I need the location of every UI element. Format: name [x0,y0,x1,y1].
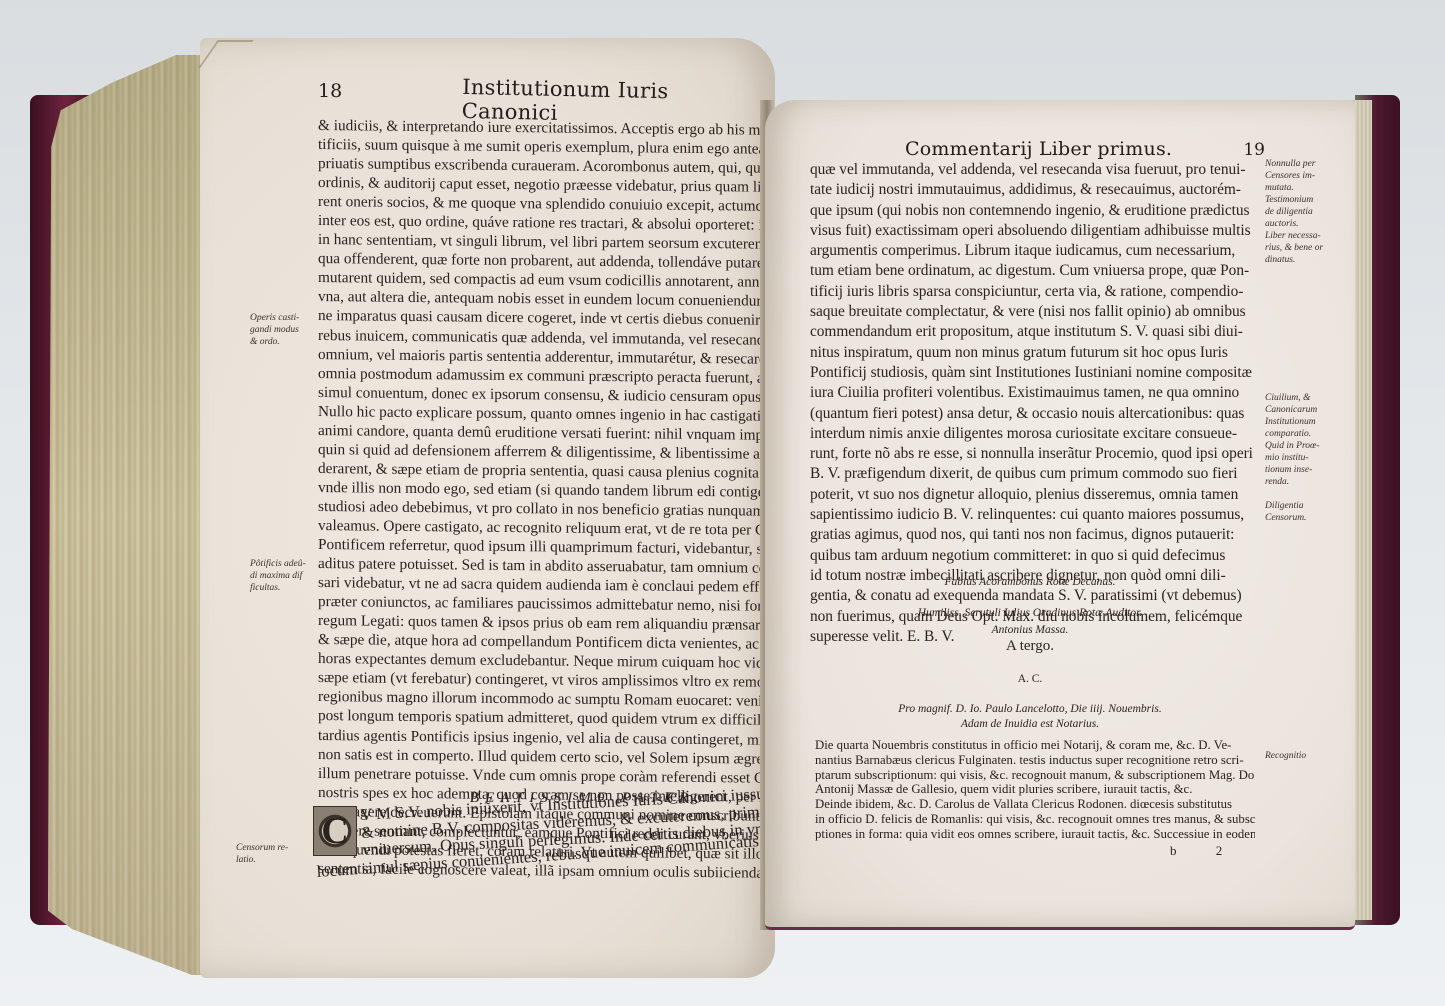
text-line: commendandum erit propositum, atque inst… [810,322,1254,342]
text-line: tificij iuris libris sparsa conspiciuntu… [810,282,1254,302]
left-page-number: 18 [318,80,342,102]
right-margin-note-3: Recognitio [1265,750,1306,762]
text-line: quæ vel immutanda, vel addenda, vel rese… [810,160,1254,180]
signature-decanus: Fabius Acorambonus Rotæ Decanus. [790,572,1270,590]
right-margin-note-1: Nonnulla per Censores im- mutata. Testim… [1265,158,1323,266]
signature-auditor: Humiliss. Serutuli Iulius Oradinus Rotæ … [790,603,1270,621]
text-line: Die quarta Nouembris constitutus in offi… [815,738,1255,753]
ornamental-drop-cap: C [313,806,357,856]
right-running-head: Commentarij Liber primus. 19 [905,138,1265,160]
text-line: tate iudicij nostri immutauimus, addidim… [810,180,1254,200]
text-line: quibus tam arduum negotium committeret: … [810,546,1254,566]
text-line: in officio D. felicis de Romanlis: qui v… [815,812,1255,827]
text-line: argumentis comperimus. Librum itaque iud… [810,241,1254,261]
left-margin-note-2: Pôtificis adeû- di maxima dif ficultas. [250,558,306,594]
right-margin-note-2: Ciuilium, & Canonicarum Institutionum co… [1265,392,1320,524]
text-line: Pontificij studiosis, quàm sint Institut… [810,363,1254,383]
text-line: sapientissimo iudicio B. V. relinquentes… [810,505,1254,525]
notarius-line: Adam de Inuidia est Notarius. [790,714,1270,732]
signature-mark: b 2 [1170,843,1240,859]
text-line: runt, forte nõ abs re esse, si nonnulla … [810,444,1254,464]
text-line: saque breuitate complectatur, & vere (ni… [810,302,1254,322]
ac-heading: A. C. [790,669,1270,687]
text-line: poterit, vt suo nos dignetur alloquio, p… [810,485,1254,505]
text-line: ptarum subscriptionum: qui visis, &c. re… [815,768,1255,783]
right-page-number: 19 [1243,140,1265,160]
signature-massa: Antonius Massa. [790,620,1270,638]
text-line: que ipsum (qui nobis non contemnendo ing… [810,201,1254,221]
left-page-block-edge [48,55,208,975]
text-line: visus fuit) exactissimam operi absoluend… [810,221,1254,241]
text-line: Antonij Massæ de Gallesio, quem vidit pl… [815,782,1255,797]
text-line: iura Ciuilia profiteri volentibus. Exist… [810,383,1254,403]
left-margin-note-1: Operis casti- gandi modus & ordo. [250,312,299,348]
book-spread: 18 Institutionum Iuris Canonici & iudici… [0,0,1445,1006]
text-line: tum etiam bene ordinatum, ac digestum. C… [810,261,1254,281]
text-line: ptiones in forma: quia vidit eos omnes s… [815,827,1255,842]
left-margin-note-3: Censorum re- latio. [236,842,288,866]
text-line: B. V. præfigendum dixerit, de quibus cum… [810,464,1254,484]
text-line: Deinde ibidem, &c. D. Carolus de Vallata… [815,797,1255,812]
text-line: interdum nimis anxie diligentes morosa c… [810,424,1254,444]
text-line: gratias agimus, quod nos, qui tanti nos … [810,525,1254,545]
left-body-text: & iudiciis, & interpretando iure exercit… [318,116,766,883]
notarial-record: Die quarta Nouembris constitutus in offi… [815,738,1255,842]
right-running-title: Commentarij Liber primus. [905,138,1172,160]
a-tergo-heading: A tergo. [790,637,1270,655]
text-line: nitus inspiratum, quum non minus gratum … [810,343,1254,363]
text-line: (quantum fieri potest) ansa detur, & occ… [810,404,1254,424]
text-line: nantius Barnabæus clericus Fulginaten. t… [815,753,1255,768]
